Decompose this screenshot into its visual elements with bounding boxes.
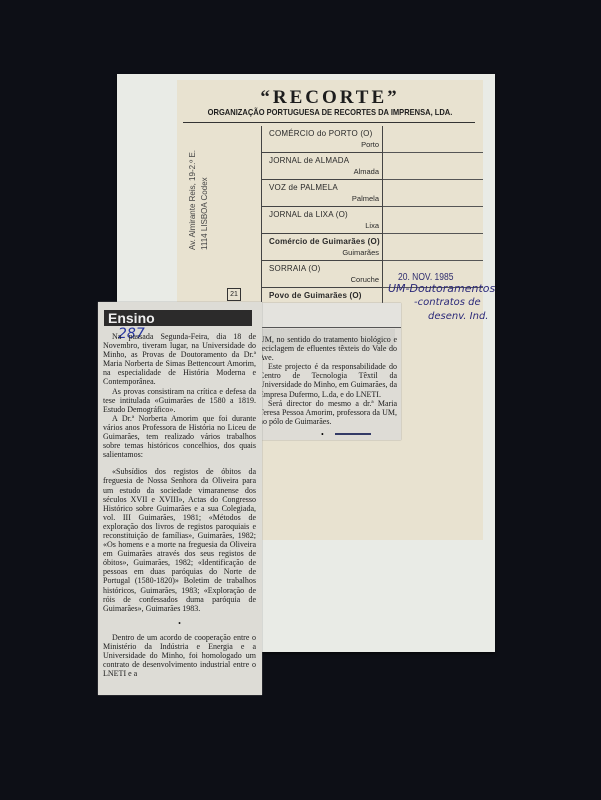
section-title: Ensino (108, 310, 155, 326)
publication-row: JORNAL de ALMADAAlmada (262, 153, 383, 180)
stamp-rule (183, 122, 475, 123)
left-column-text: Na passada Segunda-Feira, dia 18 de Nove… (103, 332, 256, 678)
stamp-subtitle: ORGANIZAÇÃO PORTUGUESA DE RECORTES DA IM… (189, 108, 471, 118)
publication-row: COMÉRCIO do PORTO (O)Porto (262, 126, 383, 153)
publication-list: COMÉRCIO do PORTO (O)Porto JORNAL de ALM… (261, 126, 383, 314)
paragraph: Será director do mesmo a dr.ª Maria Tere… (259, 399, 397, 426)
blank-lines (383, 126, 483, 288)
address-line-2: 1114 LISBOA Codex (199, 120, 211, 250)
publication-name: JORNAL de ALMADA (269, 156, 349, 165)
handwritten-note-line-2: -contratos de (414, 297, 481, 308)
end-bullet: • (321, 430, 324, 439)
publication-name: JORNAL da LIXA (O) (269, 210, 348, 219)
publication-row: JORNAL da LIXA (O)Lixa (262, 207, 383, 234)
clipping-left-column: Ensino 287 Na passada Segunda-Feira, dia… (98, 302, 262, 695)
publication-name: Comércio de Guimarães (O) (269, 237, 380, 246)
publication-location: Coruche (351, 275, 379, 284)
clipping-top-band (255, 303, 401, 328)
publication-location: Palmela (352, 194, 379, 203)
publication-location: Almada (354, 167, 379, 176)
paragraph: Na passada Segunda-Feira, dia 18 de Nove… (103, 332, 256, 387)
publication-location: Lixa (365, 221, 379, 230)
paragraph: Este projecto é da responsabilidade do C… (259, 362, 397, 398)
paragraph: Dentro de um acordo de cooperação entre … (103, 633, 256, 678)
publication-location: Porto (361, 140, 379, 149)
paragraph: UM, no sentido do tratamento biológico e… (259, 335, 397, 362)
right-column-text: UM, no sentido do tratamento biológico e… (259, 335, 397, 426)
stamp-title: “RECORTE” (177, 88, 483, 108)
pen-mark (335, 433, 371, 435)
publication-name: VOZ de PALMELA (269, 183, 338, 192)
address-line-1: Av. Almirante Reis, 19-2.º E. (187, 120, 199, 250)
section-header: Ensino (104, 310, 252, 326)
publication-location: Guimarães (342, 248, 379, 257)
separator-bullet: • (103, 619, 256, 629)
paragraph: As provas consistiram na crítica e defes… (103, 387, 256, 414)
publication-row: SORRAIA (O)Coruche (262, 261, 383, 288)
publication-row: Comércio de Guimarães (O)Guimarães (262, 234, 383, 261)
publication-name: Povo de Guimarães (O) (269, 291, 362, 300)
paragraph: A Dr.ª Norberta Amorim que foi durante v… (103, 414, 256, 459)
page-number: 21 (227, 288, 241, 301)
clipping-right-column: UM, no sentido do tratamento biológico e… (255, 303, 401, 440)
stamp-header: “RECORTE” ORGANIZAÇÃO PORTUGUESA DE RECO… (177, 88, 483, 118)
stamp-address: Av. Almirante Reis, 19-2.º E. 1114 LISBO… (187, 120, 217, 250)
publication-row: VOZ de PALMELAPalmela (262, 180, 383, 207)
publication-name: SORRAIA (O) (269, 264, 321, 273)
handwritten-note-line-1: UM-Doutoramentos (388, 282, 495, 295)
publication-name: COMÉRCIO do PORTO (O) (269, 129, 372, 138)
handwritten-note-line-3: desenv. Ind. (428, 311, 488, 322)
paragraph: «Subsídios dos registos de óbitos da fre… (103, 467, 256, 613)
